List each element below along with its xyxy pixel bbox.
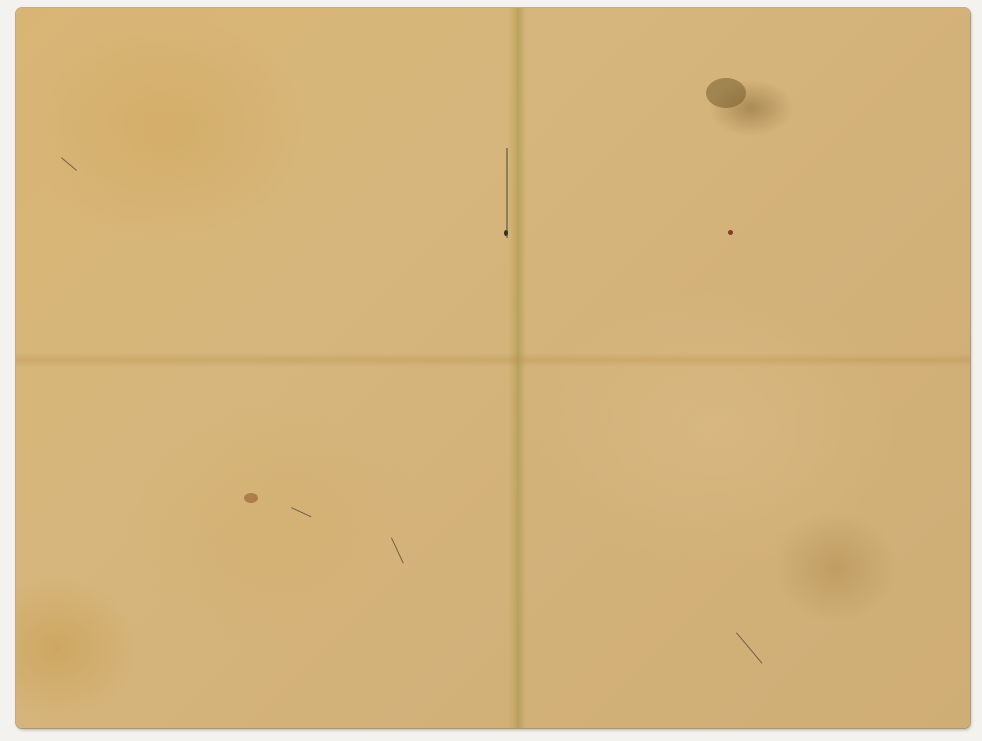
fiber [61, 157, 77, 171]
stain-spot [706, 78, 746, 108]
fiber [736, 632, 762, 663]
aged-paper-sheet [16, 8, 970, 728]
fiber [391, 538, 404, 564]
horizontal-fold-crease [16, 353, 970, 367]
fiber [291, 507, 311, 517]
fiber [506, 148, 508, 238]
stain-spot [244, 493, 258, 503]
speck [728, 230, 733, 235]
vertical-fold-crease [508, 8, 526, 728]
